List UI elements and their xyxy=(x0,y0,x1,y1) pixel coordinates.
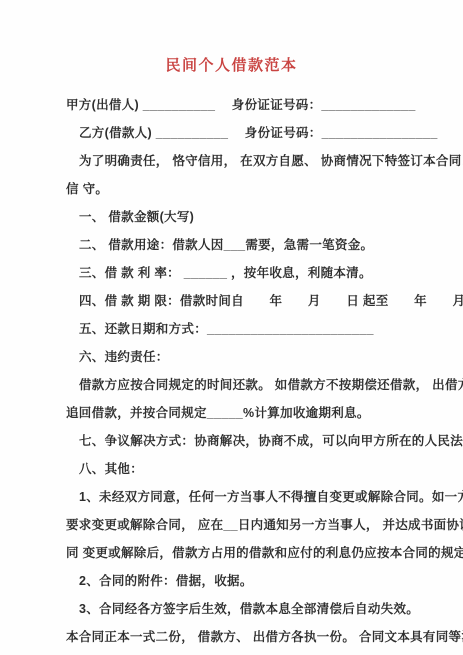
document-title: 民间个人借款范本 xyxy=(0,0,463,75)
intro-line-1: 为了明确责任， 恪守信用， 在双方自愿、 协商情况下特签订本合同以资共同 xyxy=(66,147,437,175)
clause-6-paragraph-2: 追回借款，并按合同规定_____%计算加收逾期利息。 xyxy=(66,399,437,427)
clause-1-amount: 一、 借款金额(大写) xyxy=(66,203,437,231)
clause-5-repayment: 五、还款日期和方式：_______________________ xyxy=(66,315,437,343)
party-b-line: 乙方(借款人) __________ 身份证号码：_______________… xyxy=(66,119,437,147)
clause-8-other: 八、其他： xyxy=(66,455,437,483)
clause-4-loan-term: 四、借 款 期 限：借款时间自 年 月 日 起至 年 月 日止。 xyxy=(66,287,437,315)
clause-7-dispute: 七、争议解决方式：协商解决，协商不成，可以向甲方所在的人民法院起诉， xyxy=(66,427,437,455)
closing-line: 本合同正本一式二份， 借款方、 出借方各执一份。 合同文本具有同等法律效力。 xyxy=(66,623,437,651)
contract-document-page: 民间个人借款范本 甲方(出借人) __________ 身份证证号码：_____… xyxy=(0,0,463,655)
intro-line-2: 信 守。 xyxy=(66,175,437,203)
party-a-line: 甲方(出借人) __________ 身份证证号码：_____________ xyxy=(66,91,437,119)
clause-8-item-2: 2、合同的附件：借据，收据。 xyxy=(66,567,437,595)
clause-3-interest-rate: 三、借 款 利 率： ______ ，按年收息，利随本清。 xyxy=(66,259,437,287)
document-title-text: 民间个人借款范本 xyxy=(165,57,297,74)
clause-2-purpose: 二、 借款用途：借款人因___需要，急需一笔资金。 xyxy=(66,231,437,259)
clause-8-item-1-line-1: 1、未经双方同意，任何一方当事人不得擅自变更或解除合同。如一方当事人 xyxy=(66,483,437,511)
document-body: 甲方(出借人) __________ 身份证证号码：_____________ … xyxy=(0,75,463,651)
clause-8-item-3: 3、合同经各方签字后生效，借款本息全部清偿后自动失效。 xyxy=(66,595,437,623)
clause-8-item-1-line-2: 要求变更或解除合同， 应在__日内通知另一方当事人， 并达成书面协议。 本合 xyxy=(66,511,437,539)
clause-6-liability: 六、违约责任： xyxy=(66,343,437,371)
clause-8-item-1-line-3: 同 变更或解除后，借款方占用的借款和应付的利息仍应按本合同的规定偿付。 xyxy=(66,539,437,567)
clause-6-paragraph-1: 借款方应按合同规定的时间还款。 如借款方不按期偿还借款， 出借方有权限期 xyxy=(66,371,437,399)
